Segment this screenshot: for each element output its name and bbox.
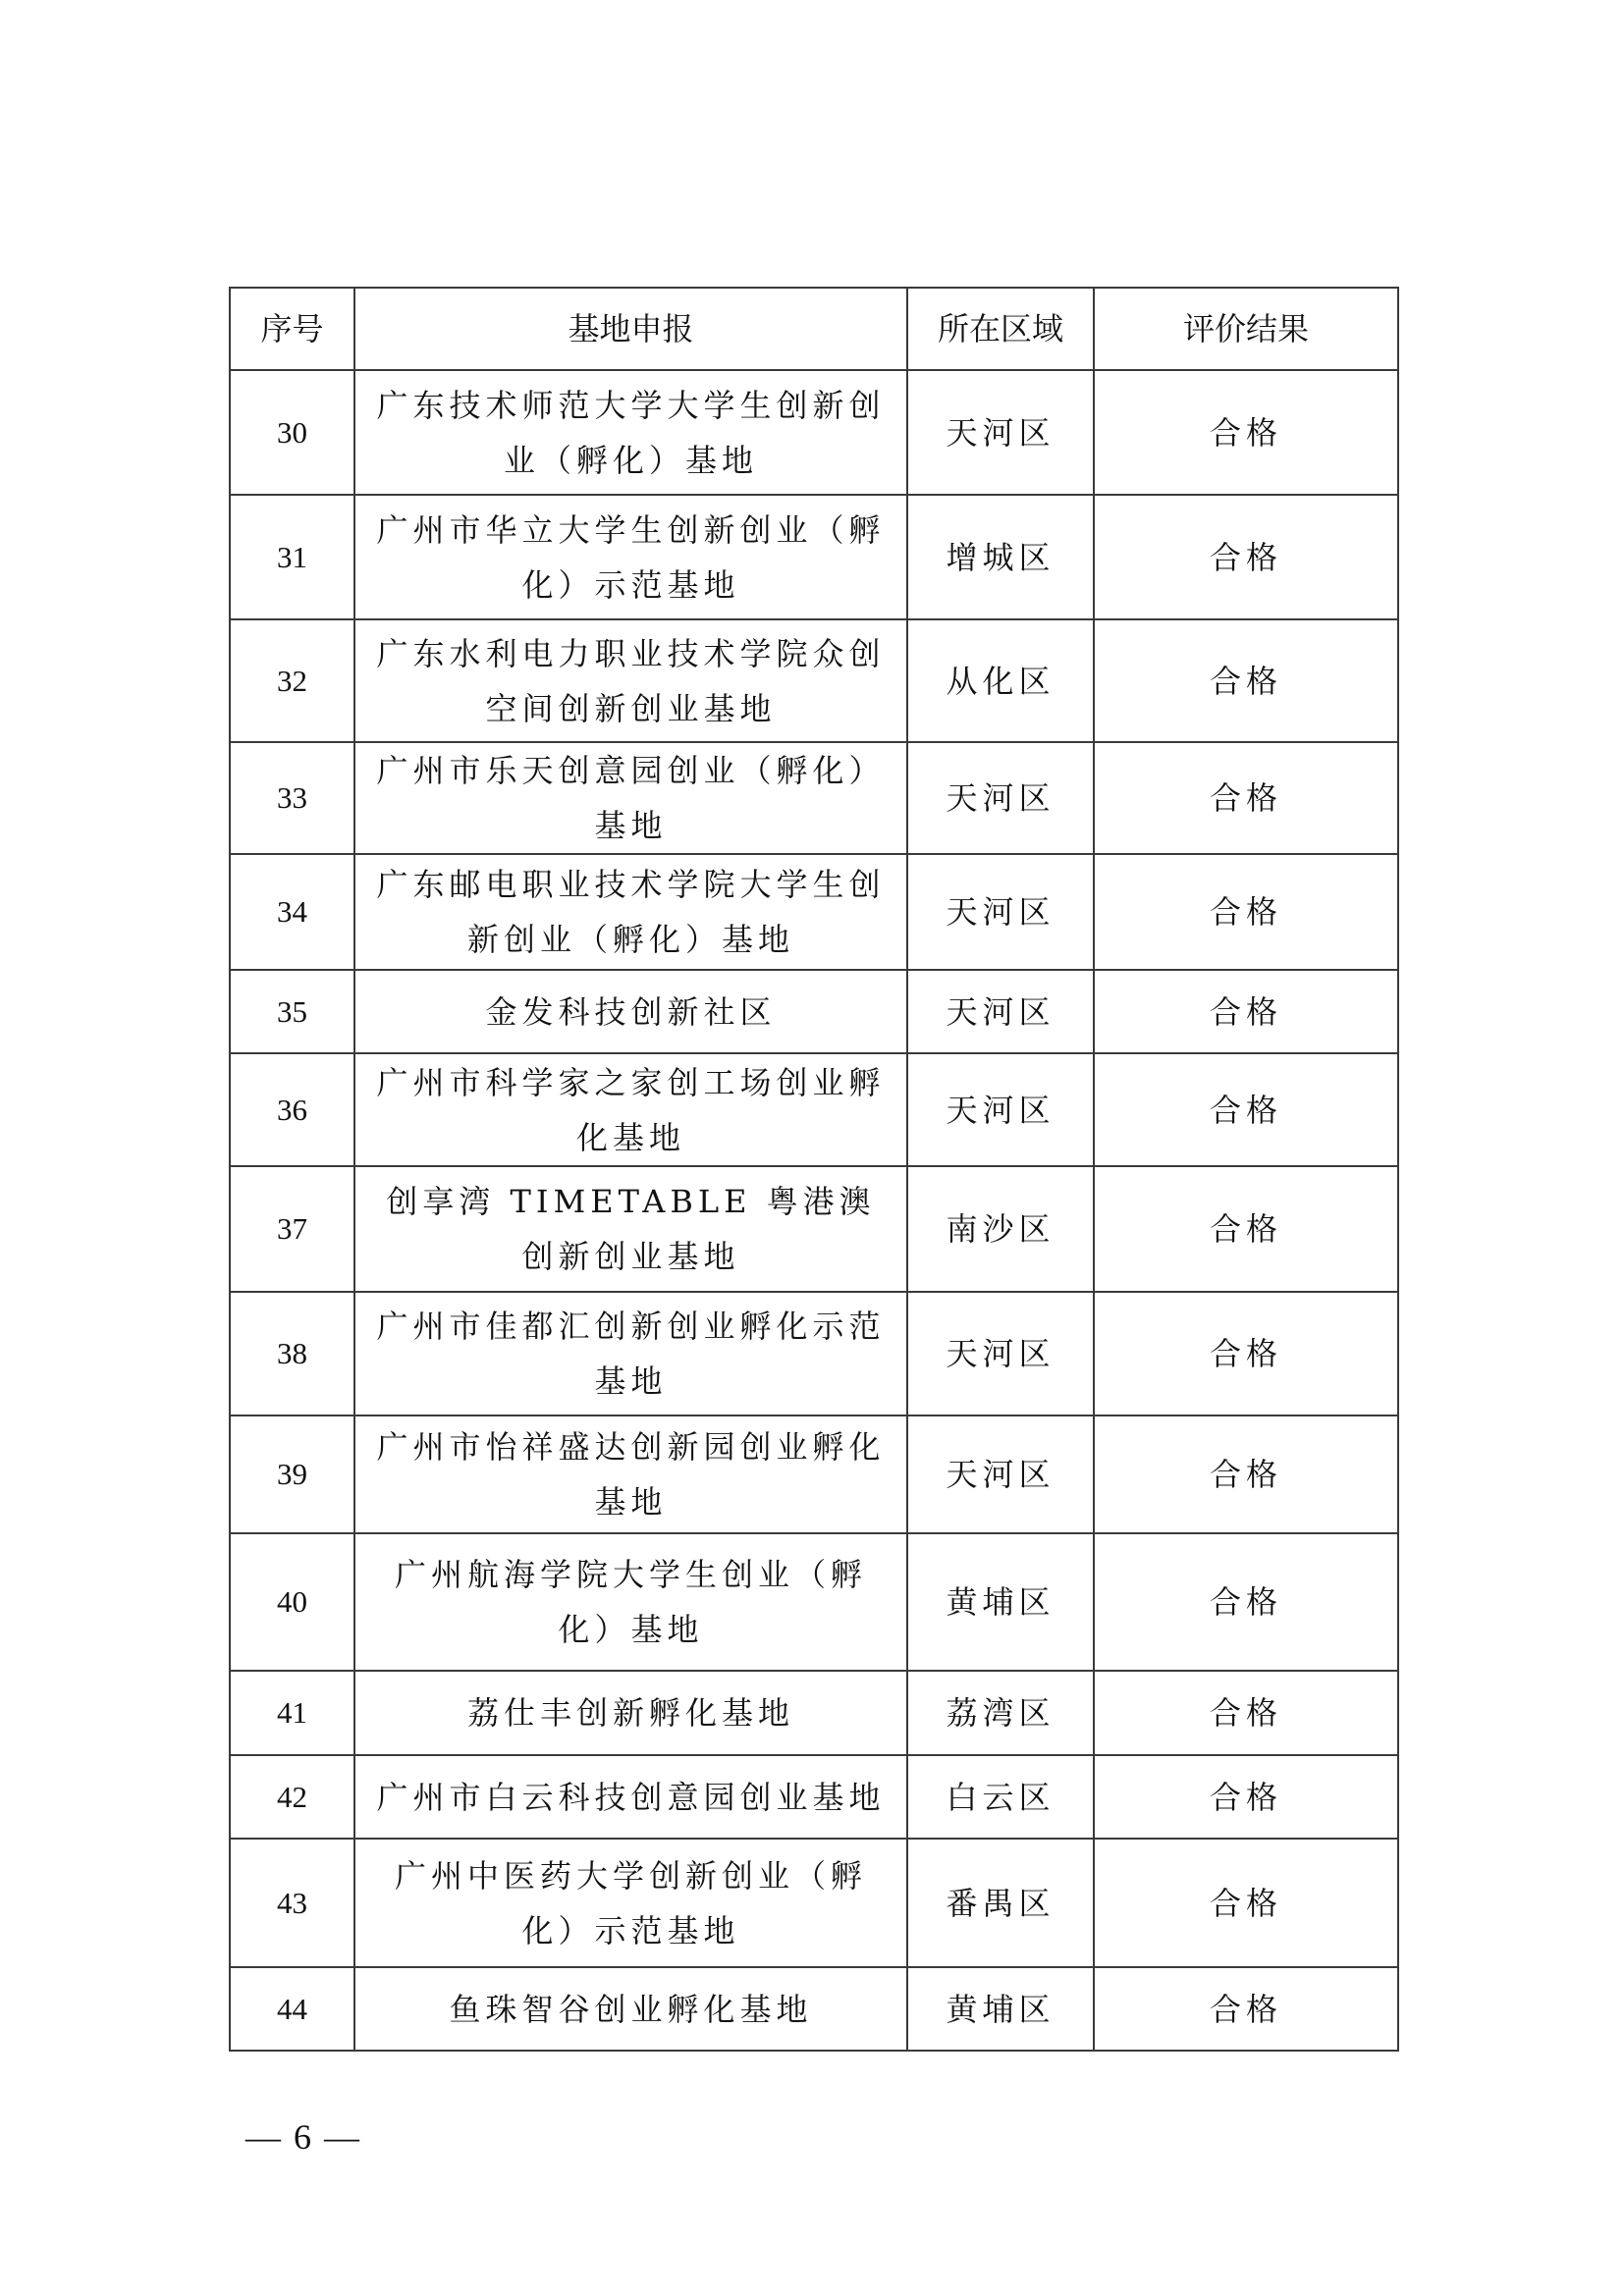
region-cell: 天河区 xyxy=(907,1053,1094,1166)
serial-number-cell: 42 xyxy=(230,1755,354,1839)
serial-number-cell: 38 xyxy=(230,1292,354,1415)
base-name-cell: 广州市华立大学生创新创业（孵化）示范基地 xyxy=(354,495,907,619)
header-region: 所在区域 xyxy=(907,288,1094,370)
result-cell: 合格 xyxy=(1094,1166,1398,1292)
result-cell: 合格 xyxy=(1094,970,1398,1053)
base-name-cell: 广州中医药大学创新创业（孵化）示范基地 xyxy=(354,1839,907,1967)
result-cell: 合格 xyxy=(1094,1755,1398,1839)
result-cell: 合格 xyxy=(1094,1415,1398,1533)
table-row: 31广州市华立大学生创新创业（孵化）示范基地增城区合格 xyxy=(230,495,1398,619)
serial-number-cell: 40 xyxy=(230,1533,354,1671)
serial-number-cell: 32 xyxy=(230,619,354,742)
region-cell: 荔湾区 xyxy=(907,1671,1094,1755)
serial-number-cell: 36 xyxy=(230,1053,354,1166)
result-cell: 合格 xyxy=(1094,619,1398,742)
header-base-application: 基地申报 xyxy=(354,288,907,370)
serial-number-cell: 34 xyxy=(230,854,354,970)
region-cell: 从化区 xyxy=(907,619,1094,742)
result-cell: 合格 xyxy=(1094,1053,1398,1166)
table-row: 40广州航海学院大学生创业（孵化）基地黄埔区合格 xyxy=(230,1533,1398,1671)
table-row: 32广东水利电力职业技术学院众创空间创新创业基地从化区合格 xyxy=(230,619,1398,742)
base-name-cell: 广东邮电职业技术学院大学生创新创业（孵化）基地 xyxy=(354,854,907,970)
serial-number-cell: 39 xyxy=(230,1415,354,1533)
result-cell: 合格 xyxy=(1094,854,1398,970)
region-cell: 天河区 xyxy=(907,370,1094,495)
serial-number-cell: 33 xyxy=(230,742,354,854)
table-row: 34广东邮电职业技术学院大学生创新创业（孵化）基地天河区合格 xyxy=(230,854,1398,970)
table-row: 39广州市怡祥盛达创新园创业孵化基地天河区合格 xyxy=(230,1415,1398,1533)
region-cell: 黄埔区 xyxy=(907,1533,1094,1671)
table-row: 44鱼珠智谷创业孵化基地黄埔区合格 xyxy=(230,1967,1398,2051)
header-evaluation-result: 评价结果 xyxy=(1094,288,1398,370)
region-cell: 天河区 xyxy=(907,1292,1094,1415)
table-header-row: 序号 基地申报 所在区域 评价结果 xyxy=(230,288,1398,370)
table-row: 43广州中医药大学创新创业（孵化）示范基地番禺区合格 xyxy=(230,1839,1398,1967)
region-cell: 天河区 xyxy=(907,1415,1094,1533)
base-name-cell: 广东水利电力职业技术学院众创空间创新创业基地 xyxy=(354,619,907,742)
base-name-cell: 广州市佳都汇创新创业孵化示范基地 xyxy=(354,1292,907,1415)
region-cell: 白云区 xyxy=(907,1755,1094,1839)
result-cell: 合格 xyxy=(1094,370,1398,495)
table-row: 37创享湾 TIMETABLE 粤港澳创新创业基地南沙区合格 xyxy=(230,1166,1398,1292)
evaluation-table: 序号 基地申报 所在区域 评价结果 30广东技术师范大学大学生创新创业（孵化）基… xyxy=(229,287,1399,2052)
base-name-cell: 广东技术师范大学大学生创新创业（孵化）基地 xyxy=(354,370,907,495)
result-cell: 合格 xyxy=(1094,1967,1398,2051)
table-row: 35金发科技创新社区天河区合格 xyxy=(230,970,1398,1053)
result-cell: 合格 xyxy=(1094,1839,1398,1967)
result-cell: 合格 xyxy=(1094,495,1398,619)
page-number: — 6 — xyxy=(245,2116,361,2158)
base-name-cell: 创享湾 TIMETABLE 粤港澳创新创业基地 xyxy=(354,1166,907,1292)
region-cell: 黄埔区 xyxy=(907,1967,1094,2051)
table-row: 30广东技术师范大学大学生创新创业（孵化）基地天河区合格 xyxy=(230,370,1398,495)
table-row: 41荔仕丰创新孵化基地荔湾区合格 xyxy=(230,1671,1398,1755)
base-name-cell: 广州市乐天创意园创业（孵化）基地 xyxy=(354,742,907,854)
base-name-cell: 广州航海学院大学生创业（孵化）基地 xyxy=(354,1533,907,1671)
region-cell: 天河区 xyxy=(907,854,1094,970)
base-name-cell: 广州市怡祥盛达创新园创业孵化基地 xyxy=(354,1415,907,1533)
base-name-cell: 金发科技创新社区 xyxy=(354,970,907,1053)
table-row: 42广州市白云科技创意园创业基地白云区合格 xyxy=(230,1755,1398,1839)
result-cell: 合格 xyxy=(1094,1671,1398,1755)
serial-number-cell: 44 xyxy=(230,1967,354,2051)
serial-number-cell: 35 xyxy=(230,970,354,1053)
result-cell: 合格 xyxy=(1094,1533,1398,1671)
base-name-cell: 广州市科学家之家创工场创业孵化基地 xyxy=(354,1053,907,1166)
table-row: 36广州市科学家之家创工场创业孵化基地天河区合格 xyxy=(230,1053,1398,1166)
result-cell: 合格 xyxy=(1094,742,1398,854)
serial-number-cell: 43 xyxy=(230,1839,354,1967)
serial-number-cell: 30 xyxy=(230,370,354,495)
base-name-cell: 广州市白云科技创意园创业基地 xyxy=(354,1755,907,1839)
result-cell: 合格 xyxy=(1094,1292,1398,1415)
region-cell: 番禺区 xyxy=(907,1839,1094,1967)
base-name-cell: 鱼珠智谷创业孵化基地 xyxy=(354,1967,907,2051)
region-cell: 天河区 xyxy=(907,742,1094,854)
base-name-cell: 荔仕丰创新孵化基地 xyxy=(354,1671,907,1755)
serial-number-cell: 37 xyxy=(230,1166,354,1292)
header-serial-number: 序号 xyxy=(230,288,354,370)
serial-number-cell: 41 xyxy=(230,1671,354,1755)
region-cell: 天河区 xyxy=(907,970,1094,1053)
region-cell: 南沙区 xyxy=(907,1166,1094,1292)
table-row: 33广州市乐天创意园创业（孵化）基地天河区合格 xyxy=(230,742,1398,854)
table-row: 38广州市佳都汇创新创业孵化示范基地天河区合格 xyxy=(230,1292,1398,1415)
serial-number-cell: 31 xyxy=(230,495,354,619)
region-cell: 增城区 xyxy=(907,495,1094,619)
